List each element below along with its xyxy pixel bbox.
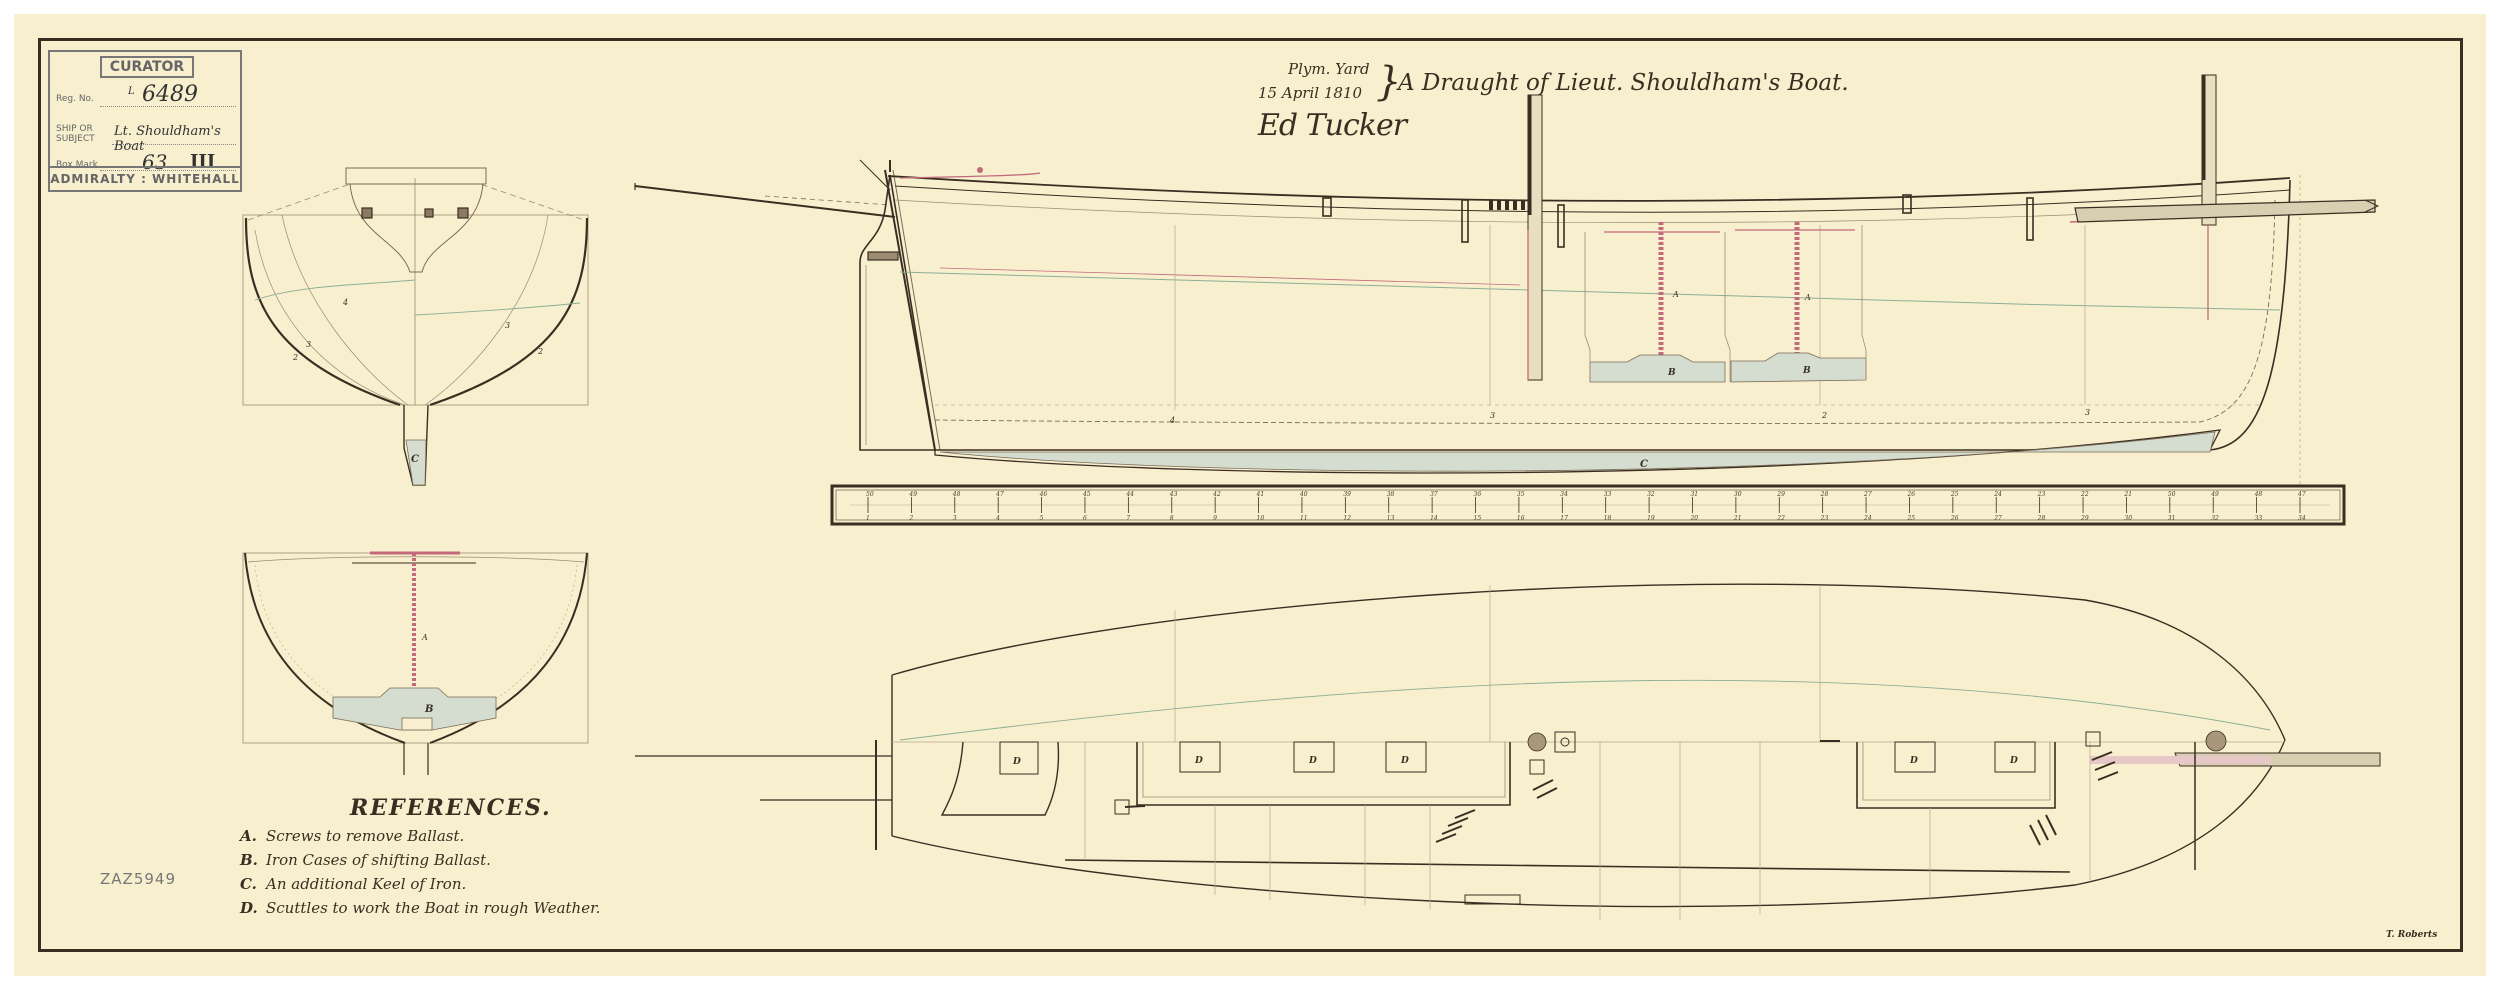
svg-text:C: C	[411, 454, 419, 465]
signature: Ed Tucker	[1258, 108, 1406, 143]
svg-text:4: 4	[995, 515, 1000, 522]
svg-text:D: D	[1308, 756, 1317, 766]
svg-text:D: D	[1194, 756, 1203, 766]
svg-text:50: 50	[2168, 491, 2176, 498]
svg-text:29: 29	[2080, 515, 2089, 522]
svg-text:21: 21	[2123, 491, 2132, 498]
svg-text:23: 23	[1820, 515, 1829, 522]
svg-text:26: 26	[1906, 491, 1915, 498]
stamp-footer: ADMIRALTY : WHITEHALL	[50, 166, 240, 190]
svg-text:D: D	[2009, 756, 2018, 766]
drawing-title: A Draught of Lieut. Shouldham's Boat.	[1398, 70, 1849, 96]
svg-text:24: 24	[1993, 491, 2002, 498]
svg-text:32: 32	[2211, 515, 2219, 522]
svg-text:46: 46	[1039, 491, 1048, 498]
svg-text:31: 31	[1690, 491, 1698, 498]
sheer-profile: C 4 3 2 3	[635, 75, 2378, 485]
svg-text:6: 6	[1083, 515, 1087, 522]
svg-text:14: 14	[1430, 515, 1438, 522]
svg-text:D: D	[1909, 756, 1918, 766]
svg-text:D: D	[1012, 757, 1021, 767]
svg-text:26: 26	[1950, 515, 1959, 522]
svg-text:47: 47	[2297, 491, 2306, 498]
svg-text:47: 47	[995, 491, 1004, 498]
svg-text:A: A	[421, 633, 428, 642]
svg-text:34: 34	[2298, 515, 2306, 522]
svg-text:4: 4	[1169, 416, 1175, 425]
svg-text:49: 49	[2210, 491, 2219, 498]
svg-text:25: 25	[1950, 491, 1959, 498]
svg-text:18: 18	[1604, 515, 1612, 522]
svg-text:3: 3	[953, 515, 957, 522]
subject-label-1: SHIP OR	[56, 124, 93, 134]
svg-text:25: 25	[1906, 515, 1915, 522]
svg-text:43: 43	[1169, 491, 1178, 498]
svg-text:A: A	[1672, 290, 1679, 299]
body-plan: C 4 3 2 3 2	[243, 168, 588, 485]
svg-text:10: 10	[1257, 515, 1265, 522]
svg-text:30: 30	[2124, 515, 2132, 522]
svg-text:41: 41	[1256, 491, 1265, 498]
svg-text:21: 21	[1733, 515, 1742, 522]
svg-text:42: 42	[1212, 491, 1221, 498]
deck-plan: D D D D D D	[635, 584, 2380, 920]
svg-text:3: 3	[505, 321, 510, 330]
svg-text:17: 17	[1560, 515, 1568, 522]
svg-text:1: 1	[866, 515, 870, 522]
svg-text:28: 28	[2037, 515, 2046, 522]
svg-text:23: 23	[2037, 491, 2046, 498]
scale-bar	[832, 486, 2344, 524]
subject-value: Lt. Shouldham's Boat	[114, 124, 240, 154]
svg-text:45: 45	[1082, 491, 1091, 498]
svg-text:22: 22	[1776, 515, 1785, 522]
svg-text:B: B	[424, 704, 433, 715]
svg-text:30: 30	[1734, 491, 1742, 498]
svg-text:2: 2	[1821, 411, 1827, 420]
svg-text:33: 33	[2255, 515, 2263, 522]
svg-text:48: 48	[952, 491, 961, 498]
reg-label: Reg. No.	[56, 94, 94, 104]
svg-text:12: 12	[1343, 515, 1351, 522]
svg-text:5: 5	[1040, 515, 1044, 522]
reference-item: C.An additional Keel of Iron.	[240, 875, 466, 893]
svg-text:20: 20	[1689, 515, 1698, 522]
svg-text:B: B	[1802, 366, 1811, 376]
svg-text:38: 38	[1387, 491, 1395, 498]
svg-text:27: 27	[1863, 491, 1872, 498]
svg-text:3: 3	[2085, 408, 2090, 417]
references-heading: REFERENCES.	[350, 795, 552, 821]
reference-item: B.Iron Cases of shifting Ballast.	[240, 851, 491, 869]
svg-text:8: 8	[1170, 515, 1174, 522]
svg-text:37: 37	[1430, 491, 1438, 498]
stamp-header: CURATOR	[100, 56, 194, 78]
svg-text:27: 27	[1993, 515, 2002, 522]
svg-text:36: 36	[1474, 491, 1482, 498]
svg-text:31: 31	[2168, 515, 2176, 522]
svg-text:D: D	[1400, 756, 1409, 766]
svg-text:19: 19	[1647, 515, 1655, 522]
svg-text:A: A	[1804, 293, 1811, 302]
svg-text:44: 44	[1125, 491, 1134, 498]
reg-number: 6489	[142, 82, 198, 107]
svg-text:40: 40	[1299, 491, 1308, 498]
svg-text:9: 9	[1213, 515, 1217, 522]
svg-text:7: 7	[1126, 515, 1130, 522]
reference-item: A.Screws to remove Ballast.	[240, 827, 464, 845]
drawing-date: 15 April 1810	[1258, 84, 1362, 102]
svg-text:39: 39	[1343, 491, 1351, 498]
midship-section: B A	[243, 553, 588, 775]
svg-text:15: 15	[1474, 515, 1482, 522]
svg-text:3: 3	[306, 340, 311, 349]
svg-text:48: 48	[2254, 491, 2263, 498]
svg-text:50: 50	[866, 491, 874, 498]
scale-ticks: 1502493484475466457448439421041114012391…	[866, 491, 2306, 522]
archive-number: ZAZ5949	[100, 870, 176, 888]
svg-text:3: 3	[1490, 411, 1495, 420]
svg-text:2: 2	[292, 353, 298, 362]
svg-text:35: 35	[1517, 491, 1525, 498]
svg-text:33: 33	[1604, 491, 1612, 498]
svg-text:2: 2	[537, 347, 543, 356]
svg-text:32: 32	[1647, 491, 1655, 498]
svg-text:13: 13	[1387, 515, 1395, 522]
svg-text:49: 49	[908, 491, 917, 498]
svg-text:C: C	[1640, 459, 1648, 470]
yard-name: Plym. Yard	[1288, 60, 1370, 78]
subject-label-2: SUBJECT	[56, 134, 95, 144]
reg-prefix: L	[128, 86, 135, 97]
reference-item: D.Scuttles to work the Boat in rough Wea…	[240, 899, 600, 917]
curator-stamp: CURATOR Reg. No. L 6489 SHIP OR SUBJECT …	[48, 50, 242, 192]
svg-text:16: 16	[1517, 515, 1525, 522]
svg-text:34: 34	[1560, 491, 1568, 498]
svg-text:28: 28	[1820, 491, 1829, 498]
svg-text:11: 11	[1300, 515, 1308, 522]
svg-text:22: 22	[2080, 491, 2089, 498]
svg-text:24: 24	[1863, 515, 1872, 522]
draughtsman-name: T. Roberts	[2386, 930, 2437, 940]
svg-text:2: 2	[908, 515, 913, 522]
svg-text:4: 4	[342, 298, 348, 307]
svg-text:29: 29	[1776, 491, 1785, 498]
svg-text:B: B	[1667, 368, 1676, 378]
